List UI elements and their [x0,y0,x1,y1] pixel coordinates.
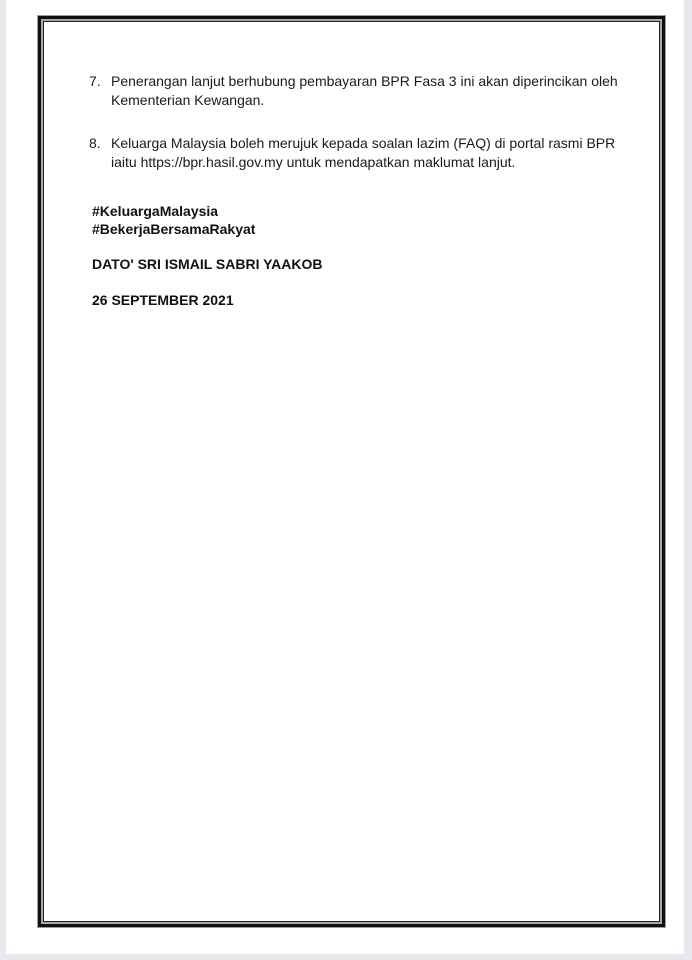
paragraph-number: 7. [89,72,111,91]
page-border-frame: 7. Penerangan lanjut berhubung pembayara… [38,16,665,927]
document-page: 7. Penerangan lanjut berhubung pembayara… [6,0,684,954]
hashtag-bekerja-bersama-rakyat: #BekerjaBersamaRakyat [92,220,255,238]
document-date: 26 SEPTEMBER 2021 [92,291,234,309]
document-content: 7. Penerangan lanjut berhubung pembayara… [41,19,662,924]
hashtag-keluarga-malaysia: #KeluargaMalaysia [92,202,218,220]
numbered-paragraph-7: 7. Penerangan lanjut berhubung pembayara… [89,72,629,110]
numbered-paragraph-8: 8. Keluarga Malaysia boleh merujuk kepad… [89,134,629,172]
signatory-name: DATO' SRI ISMAIL SABRI YAAKOB [92,255,322,273]
paragraph-text: Keluarga Malaysia boleh merujuk kepada s… [111,134,629,172]
paragraph-number: 8. [89,134,111,153]
paragraph-text: Penerangan lanjut berhubung pembayaran B… [111,72,629,110]
